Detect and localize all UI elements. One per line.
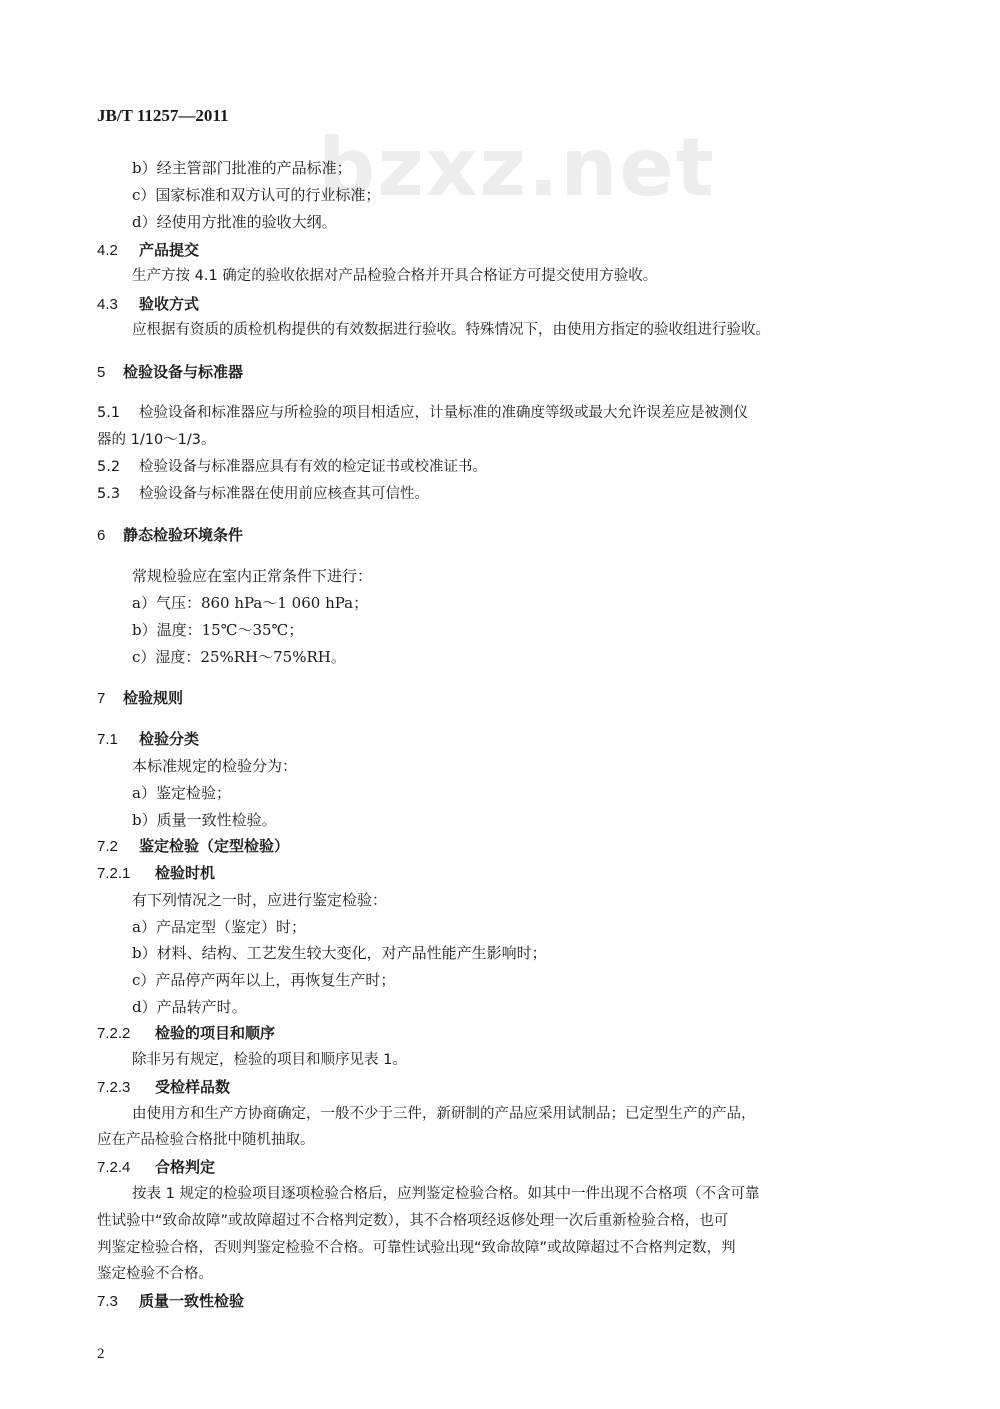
section-title: 受检样品数 xyxy=(155,1078,230,1096)
section-title: 检验时机 xyxy=(155,864,215,882)
paragraph-continuation: 鉴定检验不合格。 xyxy=(97,1264,213,1284)
list-item: d）经使用方批准的验收大纲。 xyxy=(132,212,337,232)
list-item: b）材料、结构、工艺发生较大变化，对产品性能产生影响时； xyxy=(132,943,547,963)
paragraph: 除非另有规定，检验的项目和顺序见表 1。 xyxy=(132,1050,407,1070)
section-title: 检验的项目和顺序 xyxy=(155,1024,275,1042)
list-item: b）温度：15℃～35℃； xyxy=(132,620,303,640)
document-page: bzxz.net JB/T 11257—2011 b）经主管部门批准的产品标准；… xyxy=(0,0,1000,1409)
section-number: 7.2.2 xyxy=(97,1024,155,1044)
section-heading-7-2-4: 7.2.4合格判定 xyxy=(97,1157,215,1178)
section-number: 7.3 xyxy=(97,1292,139,1312)
section-number: 4.2 xyxy=(97,241,139,261)
section-title: 质量一致性检验 xyxy=(139,1292,244,1310)
section-number: 7.1 xyxy=(97,730,139,750)
list-item: a）气压：860 hPa～1 060 hPa； xyxy=(132,593,368,613)
section-number: 5.1 xyxy=(97,403,139,423)
section-title: 鉴定检验（定型检验） xyxy=(139,837,289,855)
paragraph-text: 检验设备和标准器应与所检验的项目相适应，计量标准的准确度等级或最大允许误差应是被… xyxy=(139,405,748,421)
list-item: c）国家标准和双方认可的行业标准； xyxy=(132,185,380,205)
section-number: 5.3 xyxy=(97,484,139,504)
list-item: d）产品转产时。 xyxy=(132,997,247,1017)
paragraph: 本标准规定的检验分为： xyxy=(132,756,297,776)
paragraph: 按表 1 规定的检验项目逐项检验合格后，应判鉴定检验合格。如其中一件出现不合格项… xyxy=(132,1184,759,1204)
section-title: 检验设备与标准器 xyxy=(123,363,243,381)
paragraph-5-1: 5.1检验设备和标准器应与所检验的项目相适应，计量标准的准确度等级或最大允许误差… xyxy=(97,403,748,423)
section-heading-7: 7检验规则 xyxy=(97,688,183,709)
paragraph: 常规检验应在室内正常条件下进行： xyxy=(132,566,372,586)
section-number: 7 xyxy=(97,689,123,709)
paragraph-text: 检验设备与标准器在使用前应核查其可信性。 xyxy=(139,486,429,502)
paragraph-continuation: 性试验中“致命故障”或故障超过不合格判定数），其不合格项经返修处理一次后重新检验… xyxy=(97,1211,728,1231)
section-heading-7-1: 7.1检验分类 xyxy=(97,729,199,750)
section-number: 5 xyxy=(97,363,123,383)
paragraph: 生产方按 4.1 确定的验收依据对产品检验合格并开具合格证方可提交使用方验收。 xyxy=(132,266,657,286)
paragraph-5-2: 5.2检验设备与标准器应具有有效的检定证书或校准证书。 xyxy=(97,457,487,477)
paragraph-continuation: 器的 1/10～1/3。 xyxy=(97,430,216,450)
paragraph: 有下列情况之一时，应进行鉴定检验： xyxy=(132,890,387,910)
section-title: 合格判定 xyxy=(155,1158,215,1176)
paragraph-text: 检验设备与标准器应具有有效的检定证书或校准证书。 xyxy=(139,459,487,475)
section-heading-6: 6静态检验环境条件 xyxy=(97,525,243,546)
paragraph-5-3: 5.3检验设备与标准器在使用前应核查其可信性。 xyxy=(97,484,429,504)
paragraph: 由使用方和生产方协商确定，一般不少于三件，新研制的产品应采用试制品；已定型生产的… xyxy=(132,1104,756,1124)
section-number: 4.3 xyxy=(97,295,139,315)
section-number: 7.2.3 xyxy=(97,1078,155,1098)
list-item: b）经主管部门批准的产品标准； xyxy=(132,158,352,178)
section-number: 5.2 xyxy=(97,457,139,477)
paragraph-continuation: 应在产品检验合格批中随机抽取。 xyxy=(97,1130,315,1150)
section-title: 产品提交 xyxy=(139,241,199,259)
section-heading-7-2-3: 7.2.3受检样品数 xyxy=(97,1077,230,1098)
standard-code-header: JB/T 11257—2011 xyxy=(97,106,228,126)
section-heading-7-2: 7.2鉴定检验（定型检验） xyxy=(97,836,289,857)
list-item: c）湿度：25%RH～75%RH。 xyxy=(132,647,346,667)
section-number: 6 xyxy=(97,526,123,546)
section-heading-5: 5检验设备与标准器 xyxy=(97,362,243,383)
paragraph-continuation: 判鉴定检验合格，否则判鉴定检验不合格。可靠性试验出现“致命故障”或故障超过不合格… xyxy=(97,1238,736,1258)
section-title: 静态检验环境条件 xyxy=(123,526,243,544)
section-heading-7-3: 7.3质量一致性检验 xyxy=(97,1291,244,1312)
section-heading-7-2-2: 7.2.2检验的项目和顺序 xyxy=(97,1023,275,1044)
section-heading-7-2-1: 7.2.1检验时机 xyxy=(97,863,215,884)
list-item: b）质量一致性检验。 xyxy=(132,810,277,830)
section-title: 检验分类 xyxy=(139,730,199,748)
page-number: 2 xyxy=(97,1346,105,1363)
paragraph: 应根据有资质的质检机构提供的有效数据进行验收。特殊情况下，由使用方指定的验收组进… xyxy=(132,320,770,340)
section-title: 验收方式 xyxy=(139,295,199,313)
list-item: c）产品停产两年以上，再恢复生产时； xyxy=(132,970,395,990)
section-number: 7.2.1 xyxy=(97,864,155,884)
section-heading-4-3: 4.3验收方式 xyxy=(97,294,199,315)
section-heading-4-2: 4.2产品提交 xyxy=(97,240,199,261)
section-number: 7.2.4 xyxy=(97,1158,155,1178)
section-title: 检验规则 xyxy=(123,689,183,707)
list-item: a）鉴定检验； xyxy=(132,783,231,803)
list-item: a）产品定型（鉴定）时； xyxy=(132,917,306,937)
section-number: 7.2 xyxy=(97,837,139,857)
